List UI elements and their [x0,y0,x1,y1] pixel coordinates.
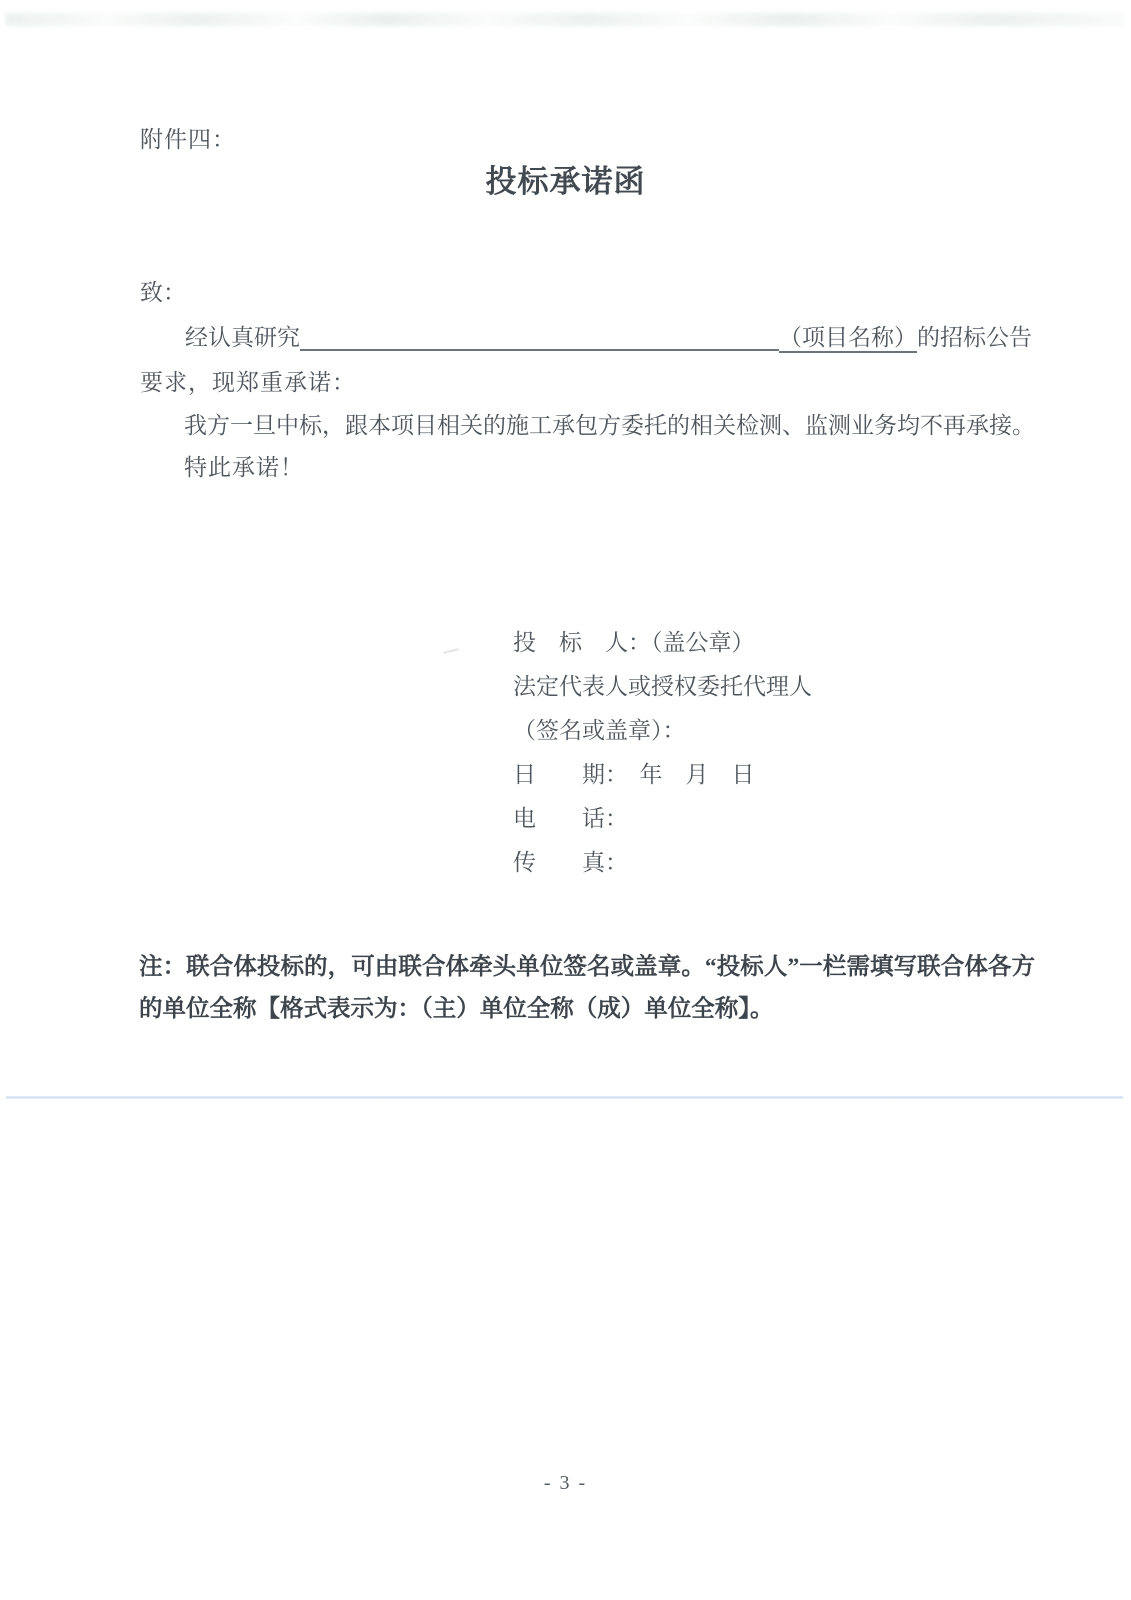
project-name-hint: （项目名称） [779,325,917,353]
joint-venture-note: 注：联合体投标的，可由联合体牵头单位签名或盖章。“投标人”一栏需填写联合体各方的… [139,946,1035,1030]
salutation: 致： [140,280,186,305]
intro-lead: 经认真研究 [185,325,300,351]
signature-phone: 电 话： [513,806,933,850]
commitment-paragraph: 我方一旦中标，跟本项目相关的施工承包方委托的相关检测、监测业务均不再承接。 [184,413,1035,439]
signature-sign-or-seal: （签名或盖章）： [513,718,933,762]
document-page: 附件四： 投标承诺函 致： 经认真研究 （项目名称） 的招标公告 要求，现郑重承… [0,0,1131,1600]
project-name-blank-line [300,325,779,351]
scan-blue-line-artifact [6,1096,1123,1099]
scan-stray-mark [443,648,459,654]
intro-tail: 的招标公告 [917,325,1032,351]
intro-line: 经认真研究 （项目名称） 的招标公告 [140,325,1032,353]
signature-fax: 传 真： [513,850,933,894]
document-title: 投标承诺函 [0,164,1131,200]
page-number: - 3 - [0,1472,1131,1495]
signature-bidder: 投 标 人：（盖公章） [513,630,933,674]
signature-block: 投 标 人：（盖公章） 法定代表人或授权委托代理人 （签名或盖章）： 日 期： … [513,630,933,894]
attachment-label: 附件四： [140,127,236,152]
signature-date: 日 期： 年 月 日 [513,762,933,806]
signature-legal-representative: 法定代表人或授权委托代理人 [513,674,933,718]
intro-continuation: 要求，现郑重承诺： [140,370,356,396]
scan-bleed-artifact [6,13,1125,26]
closing-paragraph: 特此承诺！ [184,455,304,481]
